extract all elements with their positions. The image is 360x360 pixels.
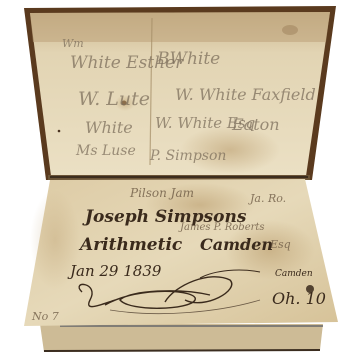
book-illustration: Wm White Esther BWhite W. Lute W. White … — [0, 0, 360, 360]
faint-line: Ja. Ro. — [248, 192, 286, 205]
pencil-line: BWhite — [156, 49, 220, 69]
page-block — [40, 324, 323, 352]
subject-title: Arithmetic — [78, 235, 183, 255]
pencil-line: W. Lute — [78, 88, 150, 110]
pencil-line: W. White Faxfield — [175, 85, 316, 104]
pencil-line: White — [85, 118, 133, 137]
pencil-line: Eaton — [231, 115, 280, 134]
faint-line: Pilson Jam — [129, 186, 194, 200]
antique-book-photo: Wm White Esther BWhite W. Lute W. White … — [0, 0, 360, 360]
date-line: Jan 29 1839 — [67, 262, 162, 280]
pencil-line: Ms Luse — [75, 143, 136, 159]
number-mark: No 7 — [31, 310, 59, 323]
place-note: Camden — [275, 269, 313, 279]
owner-name: Joseph Simpsons — [82, 207, 247, 227]
corner-mark: Wm — [62, 37, 84, 50]
place-name: Camden — [200, 235, 273, 254]
pencil-line: P. Simpson — [149, 148, 226, 164]
state-mark: Oh. 10 — [272, 289, 326, 308]
